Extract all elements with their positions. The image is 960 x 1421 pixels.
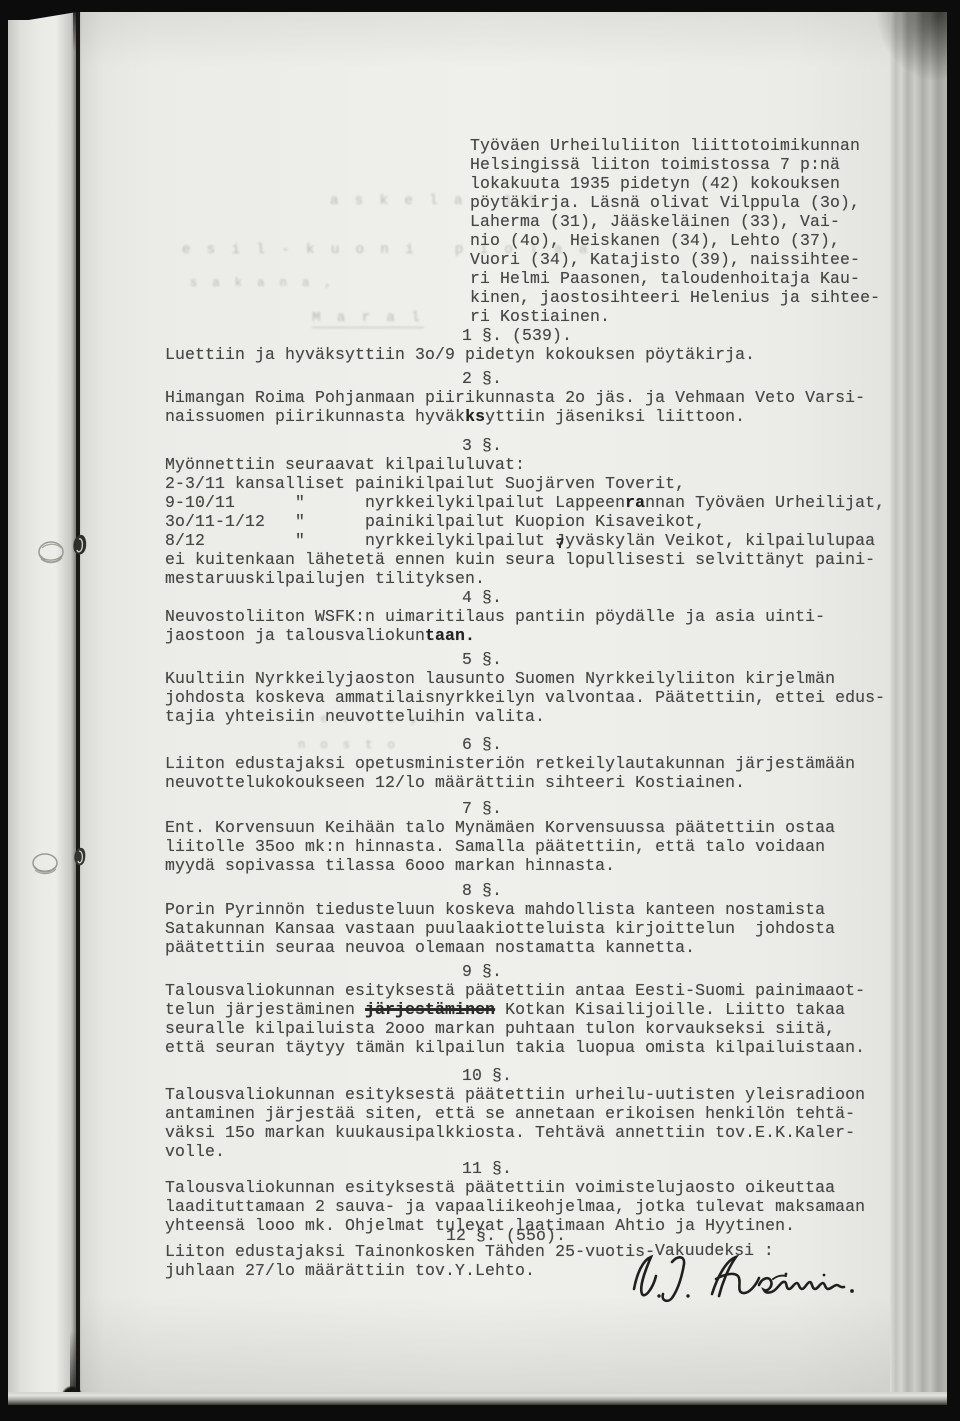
text-line: lokakuuta 1935 pidetyn (42) kokouksen [470,174,880,193]
text-line: Satakunnan Kansaa vastaan puulaakiottelu… [165,919,835,938]
section-6-body: Liiton edustajaksi opetusministeriön ret… [165,754,855,792]
text-line: telun järjestäminen järjestäminen Kotkan… [165,1000,865,1019]
section-8-body: Porin Pyrinnön tiedusteluun koskeva mahd… [165,900,835,957]
text-line: Myönnettiin seuraavat kilpailuluvat: [165,455,885,474]
book-gutter-fold [72,12,82,1404]
text-line: ri Kostiainen. [470,307,880,326]
text-line: antaminen järjestää siten, että se annet… [165,1104,865,1123]
text-line: Talousvaliokunnan esityksestä päätettiin… [165,1178,865,1197]
text-line: naissuomen piirikunnasta hyväkksyttiin j… [165,407,865,426]
text-line: Himangan Roima Pohjanmaan piirikunnasta … [165,388,865,407]
text-line: Liiton edustajaksi opetusministeriön ret… [165,754,855,773]
text-line: Talousvaliokunnan esityksestä päätettiin… [165,981,865,1000]
overtyped-text: taan. [425,626,475,645]
meeting-header: Työväen Urheiluliiton liittotoimikunnanH… [470,136,880,326]
section-2-heading: 2 §. [462,369,502,388]
section-10-heading: 10 §. [462,1066,512,1085]
section-2-body: Himangan Roima Pohjanmaan piirikunnasta … [165,388,865,426]
text-line: volle. [165,1142,865,1161]
text-line: kinen, jaostosihteeri Helenius ja sihtee… [470,288,880,307]
text-line: ei kuitenkaan lähetetä ennen kuin seura … [165,550,885,569]
text-line: jaostoon ja talousvaliokuntaan. [165,626,825,645]
scan-border-right [947,0,960,1421]
pencil-scribble-icon [30,849,60,884]
typewritten-text-column: Työväen Urheiluliiton liittotoimikunnanH… [165,0,895,1421]
text-line: nio (4o), Heiskanen (34), Lehto (37), [470,231,880,250]
section-1-heading: 1 §. (539). [462,326,572,345]
section-9-body: Talousvaliokunnan esityksestä päätettiin… [165,981,865,1057]
text-line: liitolle 35oo mk:n hinnasta. Samalla pää… [165,837,835,856]
overtyped-text: järjestäminen [365,1000,495,1019]
text-line: Kuultiin Nyrkkeilyjaoston lausunto Suome… [165,669,885,688]
text-segment: naissuomen piirikunnasta hyväk [165,407,465,426]
text-segment: Kotkan Kisailijoille. Liitto takaa [495,1000,845,1019]
text-line: Liiton edustajaksi Tainonkosken Tähden 2… [165,1242,655,1261]
text-line: Helsingissä liiton toimistossa 7 p:nä [470,155,880,174]
section-4-heading: 4 §. [462,588,502,607]
text-segment: 9-10/11 " nyrkkeilykilpailut Lappeen [165,493,625,512]
text-line: mestaruuskilpailujen tilityksen. [165,569,885,588]
overstrike-character: 7 [555,536,566,554]
text-line: Luettiin ja hyväksyttiin 3o/9 pidetyn ko… [165,345,755,364]
handwritten-signature [626,1249,870,1314]
section-1-body: Luettiin ja hyväksyttiin 3o/9 pidetyn ko… [165,345,755,364]
section-10-body: Talousvaliokunnan esityksestä päätettiin… [165,1085,865,1161]
text-line: Ent. Korvensuun Keihään talo Mynämäen Ko… [165,818,835,837]
ink-blot-icon [71,533,89,564]
section-9-heading: 9 §. [462,962,502,981]
scanned-minutes-page: a s k e l a 1 9 e s i l - k u o n i p i … [0,0,960,1421]
text-line: Laherma (31), Jääskeläinen (33), Vai- [470,212,880,231]
section-7-heading: 7 §. [462,799,502,818]
text-line: päätettiin seuraa neuvoa olemaan nostama… [165,938,835,957]
section-4-body: Neuvostoliiton WSFK:n uimaritilaus panti… [165,607,825,645]
section-3-heading: 3 §. [462,436,502,455]
section-3-body: Myönnettiin seuraavat kilpailuluvat:2-3/… [165,455,885,588]
text-line: myydä sopivassa tilassa 6ooo markan hinn… [165,856,835,875]
text-line: neuvottelukokoukseen 12/lo määrättiin si… [165,773,855,792]
section-8-heading: 8 §. [462,881,502,900]
text-line: Talousvaliokunnan esityksestä päätettiin… [165,1085,865,1104]
text-line: laadituttamaan 2 sauva- ja vapaaliikeohj… [165,1197,865,1216]
section-7-body: Ent. Korvensuun Keihään talo Mynämäen Ko… [165,818,835,875]
text-line: että seuran täytyy tämän kilpailun takia… [165,1038,865,1057]
text-line: Työväen Urheiluliiton liittotoimikunnan [470,136,880,155]
text-line: väksi 15o markan kuukausipalkkiosta. Teh… [165,1123,865,1142]
ink-blot-icon [72,846,88,875]
text-line: Porin Pyrinnön tiedusteluun koskeva mahd… [165,900,835,919]
adjacent-page-edge [8,12,76,1404]
text-segment: jaostoon ja talousvaliokun [165,626,425,645]
section-5-body: Kuultiin Nyrkkeilyjaoston lausunto Suome… [165,669,885,726]
text-segment: telun järjestäminen [165,1000,365,1019]
section-12-body: Liiton edustajaksi Tainonkosken Tähden 2… [165,1242,655,1280]
text-line: Neuvostoliiton WSFK:n uimaritilaus panti… [165,607,825,626]
section-6-heading: 6 §. [462,735,502,754]
fold-shadow-top [73,12,80,52]
text-segment: yttiin jäseniksi liittoon. [485,407,745,426]
text-line: 8/12 " nyrkkeilykilpailut Jyväskylän Vei… [165,531,885,550]
text-line: johdosta koskeva ammatilaisnyrkkeilyn va… [165,688,885,707]
text-line: 2-3/11 kansalliset painikilpailut Suojär… [165,474,885,493]
text-line: seuralle kilpailuista 2ooo markan puhtaa… [165,1019,865,1038]
pencil-scribble-icon [36,536,66,573]
text-line: Vuori (34), Katajisto (39), naissihtee- [470,250,880,269]
scan-border-left [0,0,8,1421]
text-line: ri Helmi Paasonen, taloudenhoitaja Kau- [470,269,880,288]
section-5-heading: 5 §. [462,650,502,669]
overtyped-text: ra [625,493,645,512]
page-stack-edges [890,12,947,1404]
text-line: 9-10/11 " nyrkkeilykilpailut Lappeenrann… [165,493,885,512]
text-line: 3o/11-1/12 " painikilpailut Kuopion Kisa… [165,512,885,531]
text-line: tajia yhteisiin neuvotteluihin valita. [165,707,885,726]
section-11-heading: 11 §. [462,1159,512,1178]
text-line: juhlaan 27/lo määrättiin tov.Y.Lehto. [165,1261,655,1280]
overtyped-text: ks [465,407,485,426]
text-line: pöytäkirja. Läsnä olivat Vilppula (3o), [470,193,880,212]
text-segment: nnan Työväen Urheilijat, [645,493,885,512]
